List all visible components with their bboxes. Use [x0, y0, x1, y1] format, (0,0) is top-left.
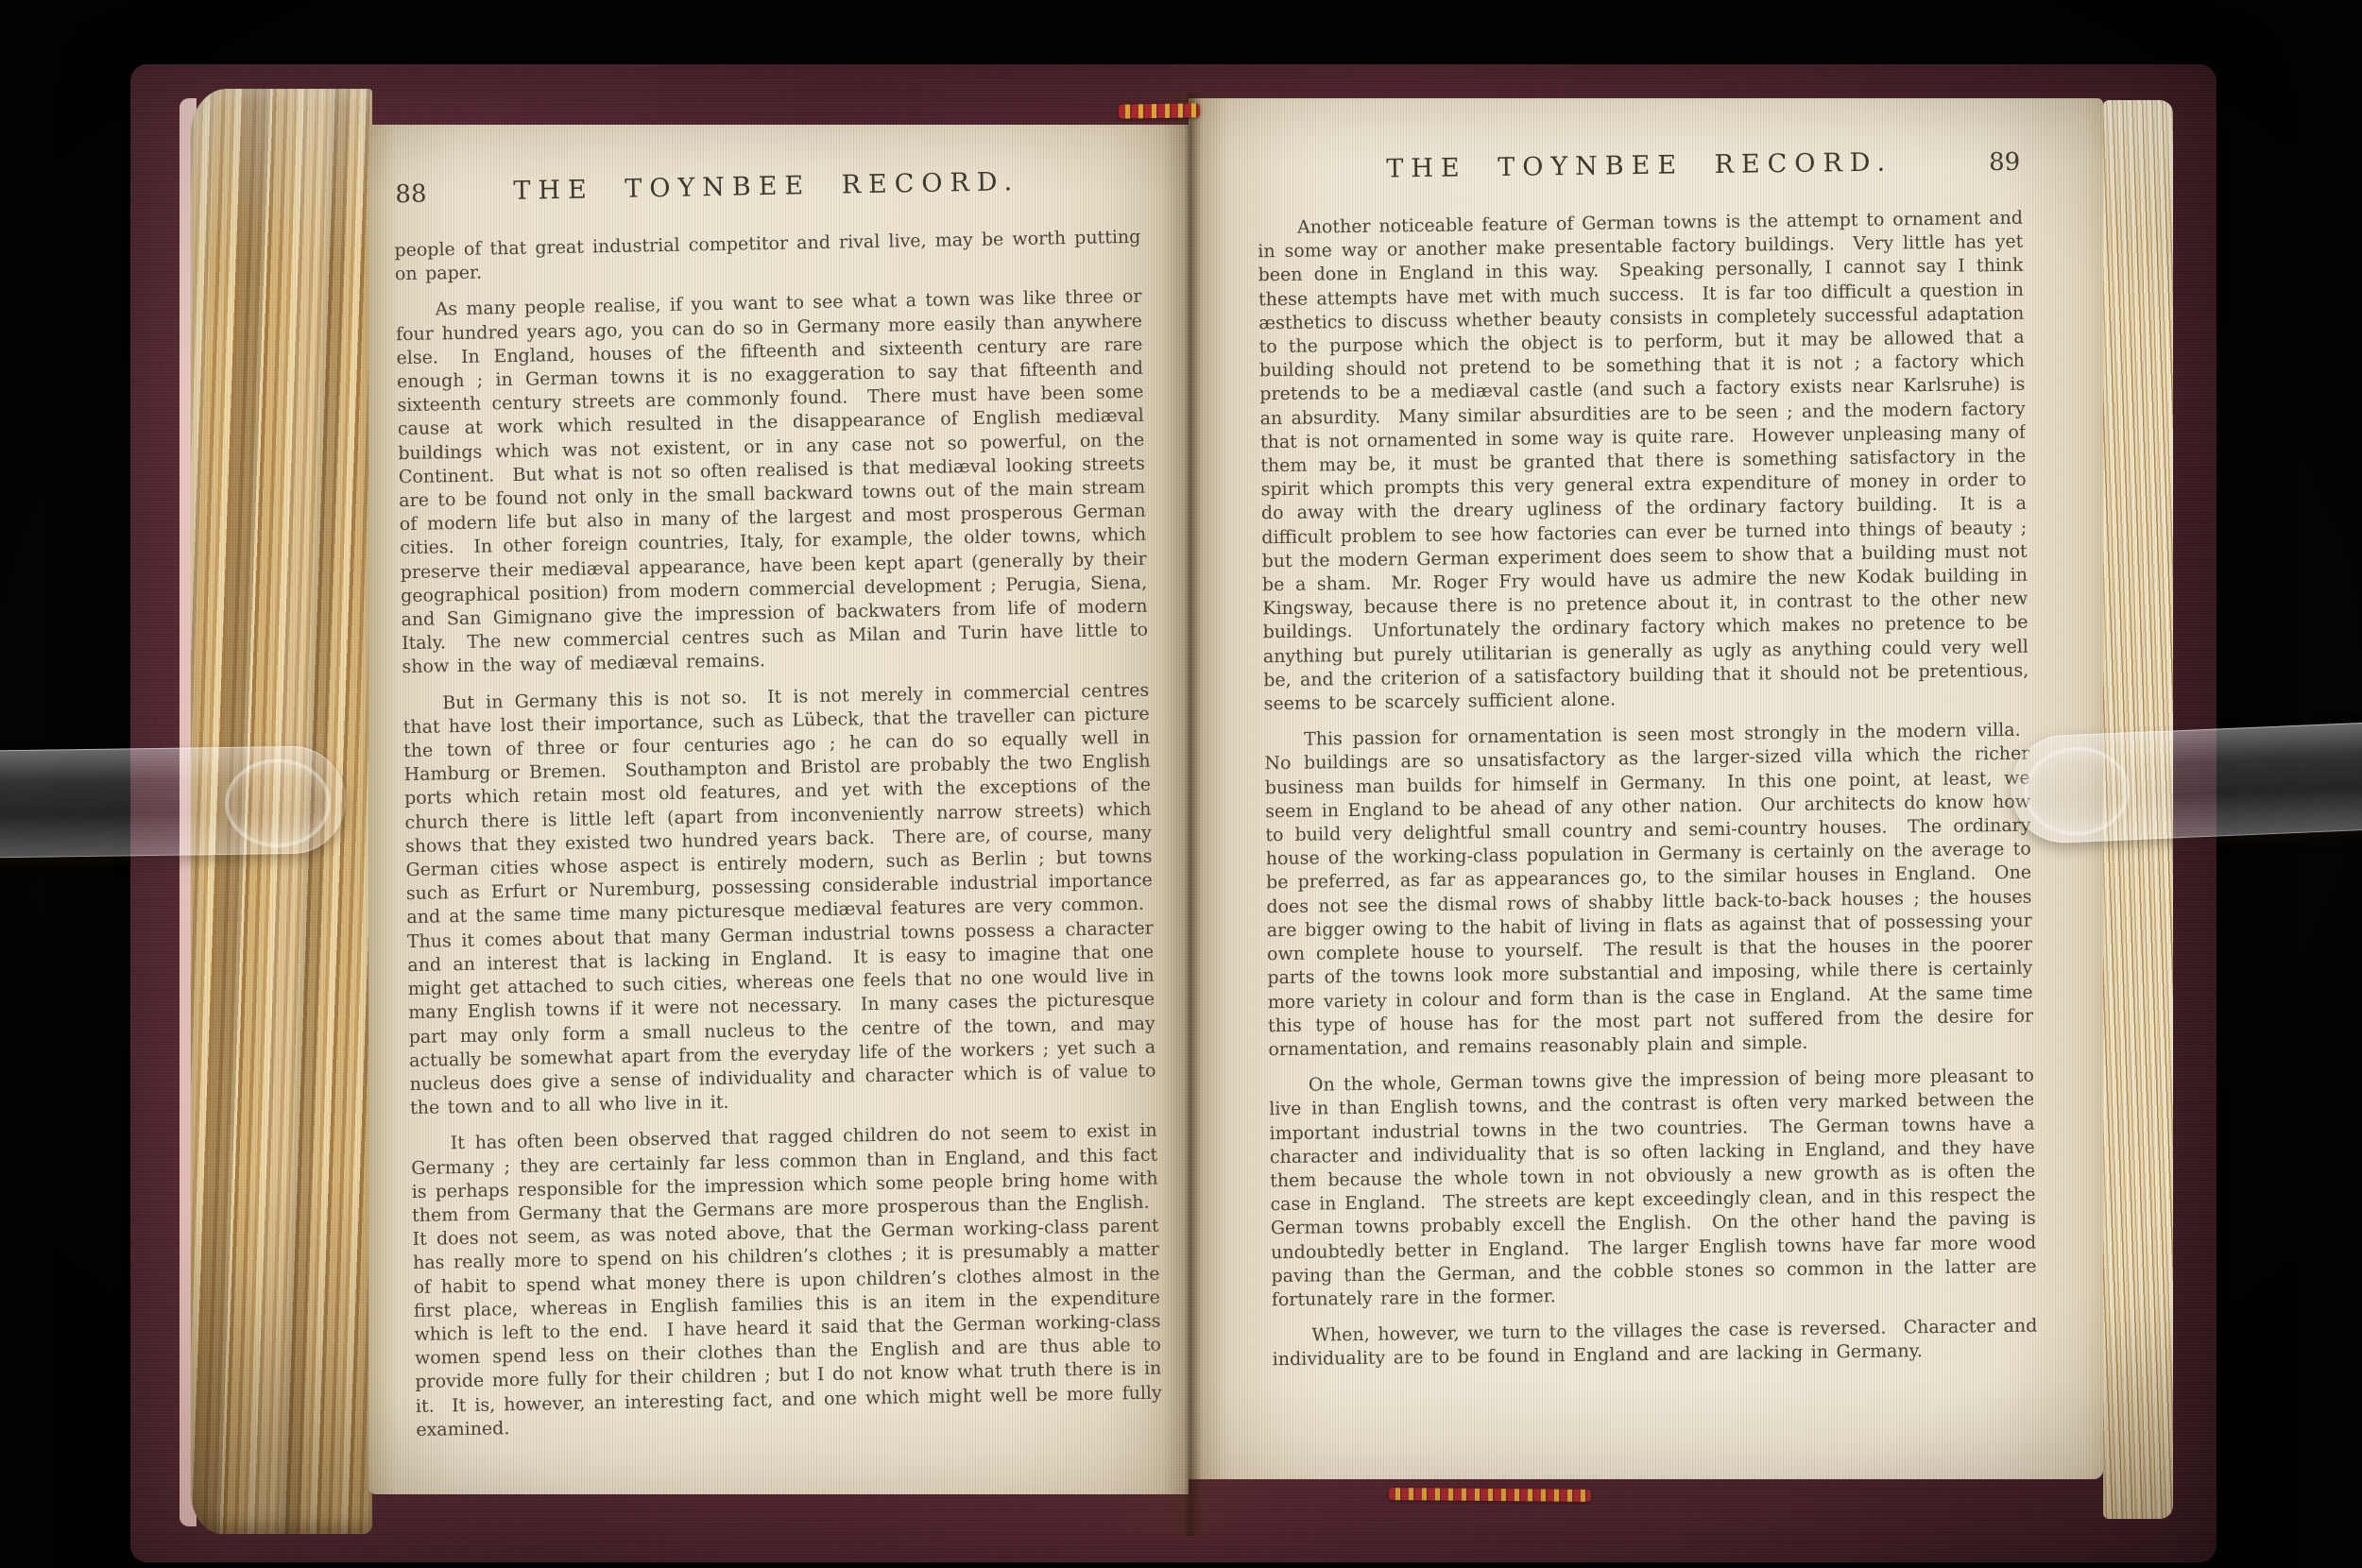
left-page-header: 88 THE TOYNBEE RECORD. — [393, 165, 1140, 218]
page-number-left: 88 — [395, 180, 427, 210]
left-page: 88 THE TOYNBEE RECORD. people of that gr… — [368, 125, 1189, 1494]
paragraph: When, however, we turn to the villages t… — [1272, 1315, 2038, 1372]
strap-end-highlight — [224, 758, 331, 848]
paragraph: But in Germany this is not so. It is not… — [402, 678, 1156, 1120]
page-number-right: 89 — [1989, 148, 2020, 177]
right-page-header: THE TOYNBEE RECORD. 89 — [1257, 146, 2022, 196]
paragraph: On the whole, German towns give the impr… — [1269, 1065, 2037, 1313]
acrylic-strap-left — [0, 745, 347, 859]
strap-end-highlight — [2022, 744, 2131, 838]
paragraph: As many people realise, if you want to s… — [395, 285, 1148, 680]
right-page-content: THE TOYNBEE RECORD. 89 Another noticeabl… — [1257, 146, 2039, 1474]
paragraph: It has often been observed that ragged c… — [411, 1119, 1163, 1442]
book-photograph: 88 THE TOYNBEE RECORD. people of that gr… — [0, 0, 2362, 1568]
paragraph: This passion for ornamentation is seen m… — [1264, 719, 2034, 1062]
paragraph: people of that great industrial competit… — [394, 226, 1141, 287]
paragraph: Another noticeable feature of German tow… — [1258, 207, 2029, 717]
acrylic-strap-right — [2009, 721, 2362, 844]
running-title-right: THE TOYNBEE RECORD. — [1257, 146, 2022, 186]
headband-top — [1119, 103, 1200, 118]
right-page: THE TOYNBEE RECORD. 89 Another noticeabl… — [1189, 98, 2103, 1479]
left-page-content: 88 THE TOYNBEE RECORD. people of that gr… — [393, 165, 1163, 1491]
book-cover: 88 THE TOYNBEE RECORD. people of that gr… — [130, 64, 2217, 1562]
headband-bottom — [1389, 1488, 1591, 1502]
running-title-left: THE TOYNBEE RECORD. — [393, 165, 1139, 208]
